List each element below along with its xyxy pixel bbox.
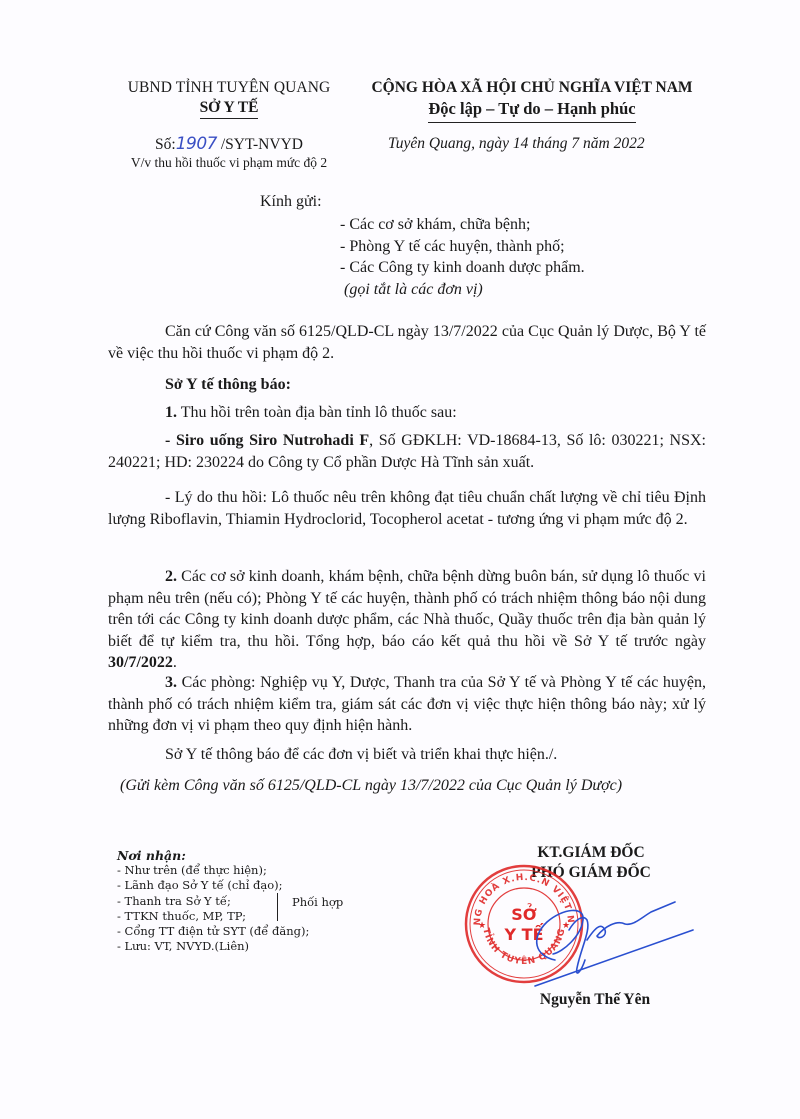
product-paragraph: - Siro uống Siro Nutrohadi F, Số GĐKLH: … bbox=[108, 430, 706, 473]
doc-number-handwritten: 1907 bbox=[176, 134, 217, 154]
item-2-deadline: 30/7/2022 bbox=[108, 654, 173, 671]
svg-text:★: ★ bbox=[478, 921, 486, 931]
addressee-list: - Các cơ sở khám, chữa bệnh; - Phòng Y t… bbox=[340, 214, 585, 300]
recipient-item: - Cổng TT điện tử SYT (để đăng); bbox=[117, 924, 309, 939]
national-motto: Độc lập – Tự do – Hạnh phúc bbox=[428, 98, 635, 123]
on-behalf-label: KT.GIÁM ĐỐC bbox=[496, 843, 686, 863]
item-1: 1. Thu hồi trên toàn địa bàn tỉnh lô thu… bbox=[108, 402, 706, 424]
attachment-note: (Gửi kèm Công văn số 6125/QLD-CL ngày 13… bbox=[120, 775, 718, 797]
item-2-number: 2. bbox=[165, 568, 177, 585]
department-name: SỞ Y TẾ bbox=[200, 98, 259, 119]
recipient-item: - Lưu: VT, NVYD.(Liên) bbox=[117, 939, 309, 954]
item-1-text: Thu hồi trên toàn địa bàn tỉnh lô thuốc … bbox=[177, 404, 457, 421]
item-3-text: Các phòng: Nghiệp vụ Y, Dược, Thanh tra … bbox=[108, 674, 706, 734]
announce-heading: Sở Y tế thông báo: bbox=[108, 374, 706, 396]
addressee-label: Kính gửi: bbox=[260, 192, 322, 212]
item-2-text: Các cơ sở kinh doanh, khám bệnh, chữa bệ… bbox=[108, 568, 706, 650]
issuing-authority-block: UBND TỈNH TUYÊN QUANG SỞ Y TẾ bbox=[100, 78, 358, 119]
signer-name: Nguyễn Thế Yên bbox=[500, 990, 690, 1010]
recipient-item: - TTKN thuốc, MP, TP; bbox=[117, 909, 309, 924]
recipient-item: - Như trên (để thực hiện); bbox=[117, 863, 309, 878]
product-name: - Siro uống Siro Nutrohadi F bbox=[165, 432, 369, 449]
official-document-page: UBND TỈNH TUYÊN QUANG SỞ Y TẾ CỘNG HÒA X… bbox=[0, 0, 800, 1119]
document-number: Số:1907 /SYT-NVYD bbox=[100, 134, 358, 155]
authority-name: UBND TỈNH TUYÊN QUANG bbox=[100, 78, 358, 98]
doc-number-prefix: Số: bbox=[155, 136, 176, 153]
handwritten-signature bbox=[525, 890, 695, 990]
addressee-item: - Các cơ sở khám, chữa bệnh; bbox=[340, 214, 585, 236]
document-subject: V/v thu hồi thuốc vi phạm mức độ 2 bbox=[100, 154, 358, 172]
recipient-item: - Thanh tra Sở Y tế; bbox=[117, 894, 309, 909]
item-1-number: 1. bbox=[165, 404, 177, 421]
item-3-number: 3. bbox=[165, 674, 177, 691]
doc-number-suffix: /SYT-NVYD bbox=[221, 136, 303, 153]
recipients-block: Nơi nhận: - Như trên (để thực hiện); - L… bbox=[117, 848, 309, 954]
recipients-title: Nơi nhận: bbox=[117, 848, 309, 863]
nation-title: CỘNG HÒA XÃ HỘI CHỦ NGHĨA VIỆT NAM bbox=[362, 78, 702, 98]
basis-paragraph: Căn cứ Công văn số 6125/QLD-CL ngày 13/7… bbox=[108, 321, 706, 364]
recipient-item: - Lãnh đạo Sở Y tế (chỉ đạo); bbox=[117, 878, 309, 893]
reason-paragraph: - Lý do thu hồi: Lô thuốc nêu trên không… bbox=[108, 487, 706, 530]
closing-paragraph: Sở Y tế thông báo để các đơn vị biết và … bbox=[108, 744, 706, 766]
item-2-end: . bbox=[173, 654, 177, 671]
coordination-label: Phối hợp bbox=[292, 895, 343, 910]
addressee-item: - Các Công ty kinh doanh dược phẩm. bbox=[340, 257, 585, 279]
coordination-bracket bbox=[277, 893, 278, 921]
item-2: 2. Các cơ sở kinh doanh, khám bệnh, chữa… bbox=[108, 566, 706, 674]
addressee-note: (gọi tắt là các đơn vị) bbox=[340, 279, 585, 301]
addressee-item: - Phòng Y tế các huyện, thành phố; bbox=[340, 236, 585, 258]
national-title-block: CỘNG HÒA XÃ HỘI CHỦ NGHĨA VIỆT NAM Độc l… bbox=[362, 78, 702, 123]
date-line: Tuyên Quang, ngày 14 tháng 7 năm 2022 bbox=[388, 134, 645, 154]
item-3: 3. Các phòng: Nghiệp vụ Y, Dược, Thanh t… bbox=[108, 672, 706, 737]
